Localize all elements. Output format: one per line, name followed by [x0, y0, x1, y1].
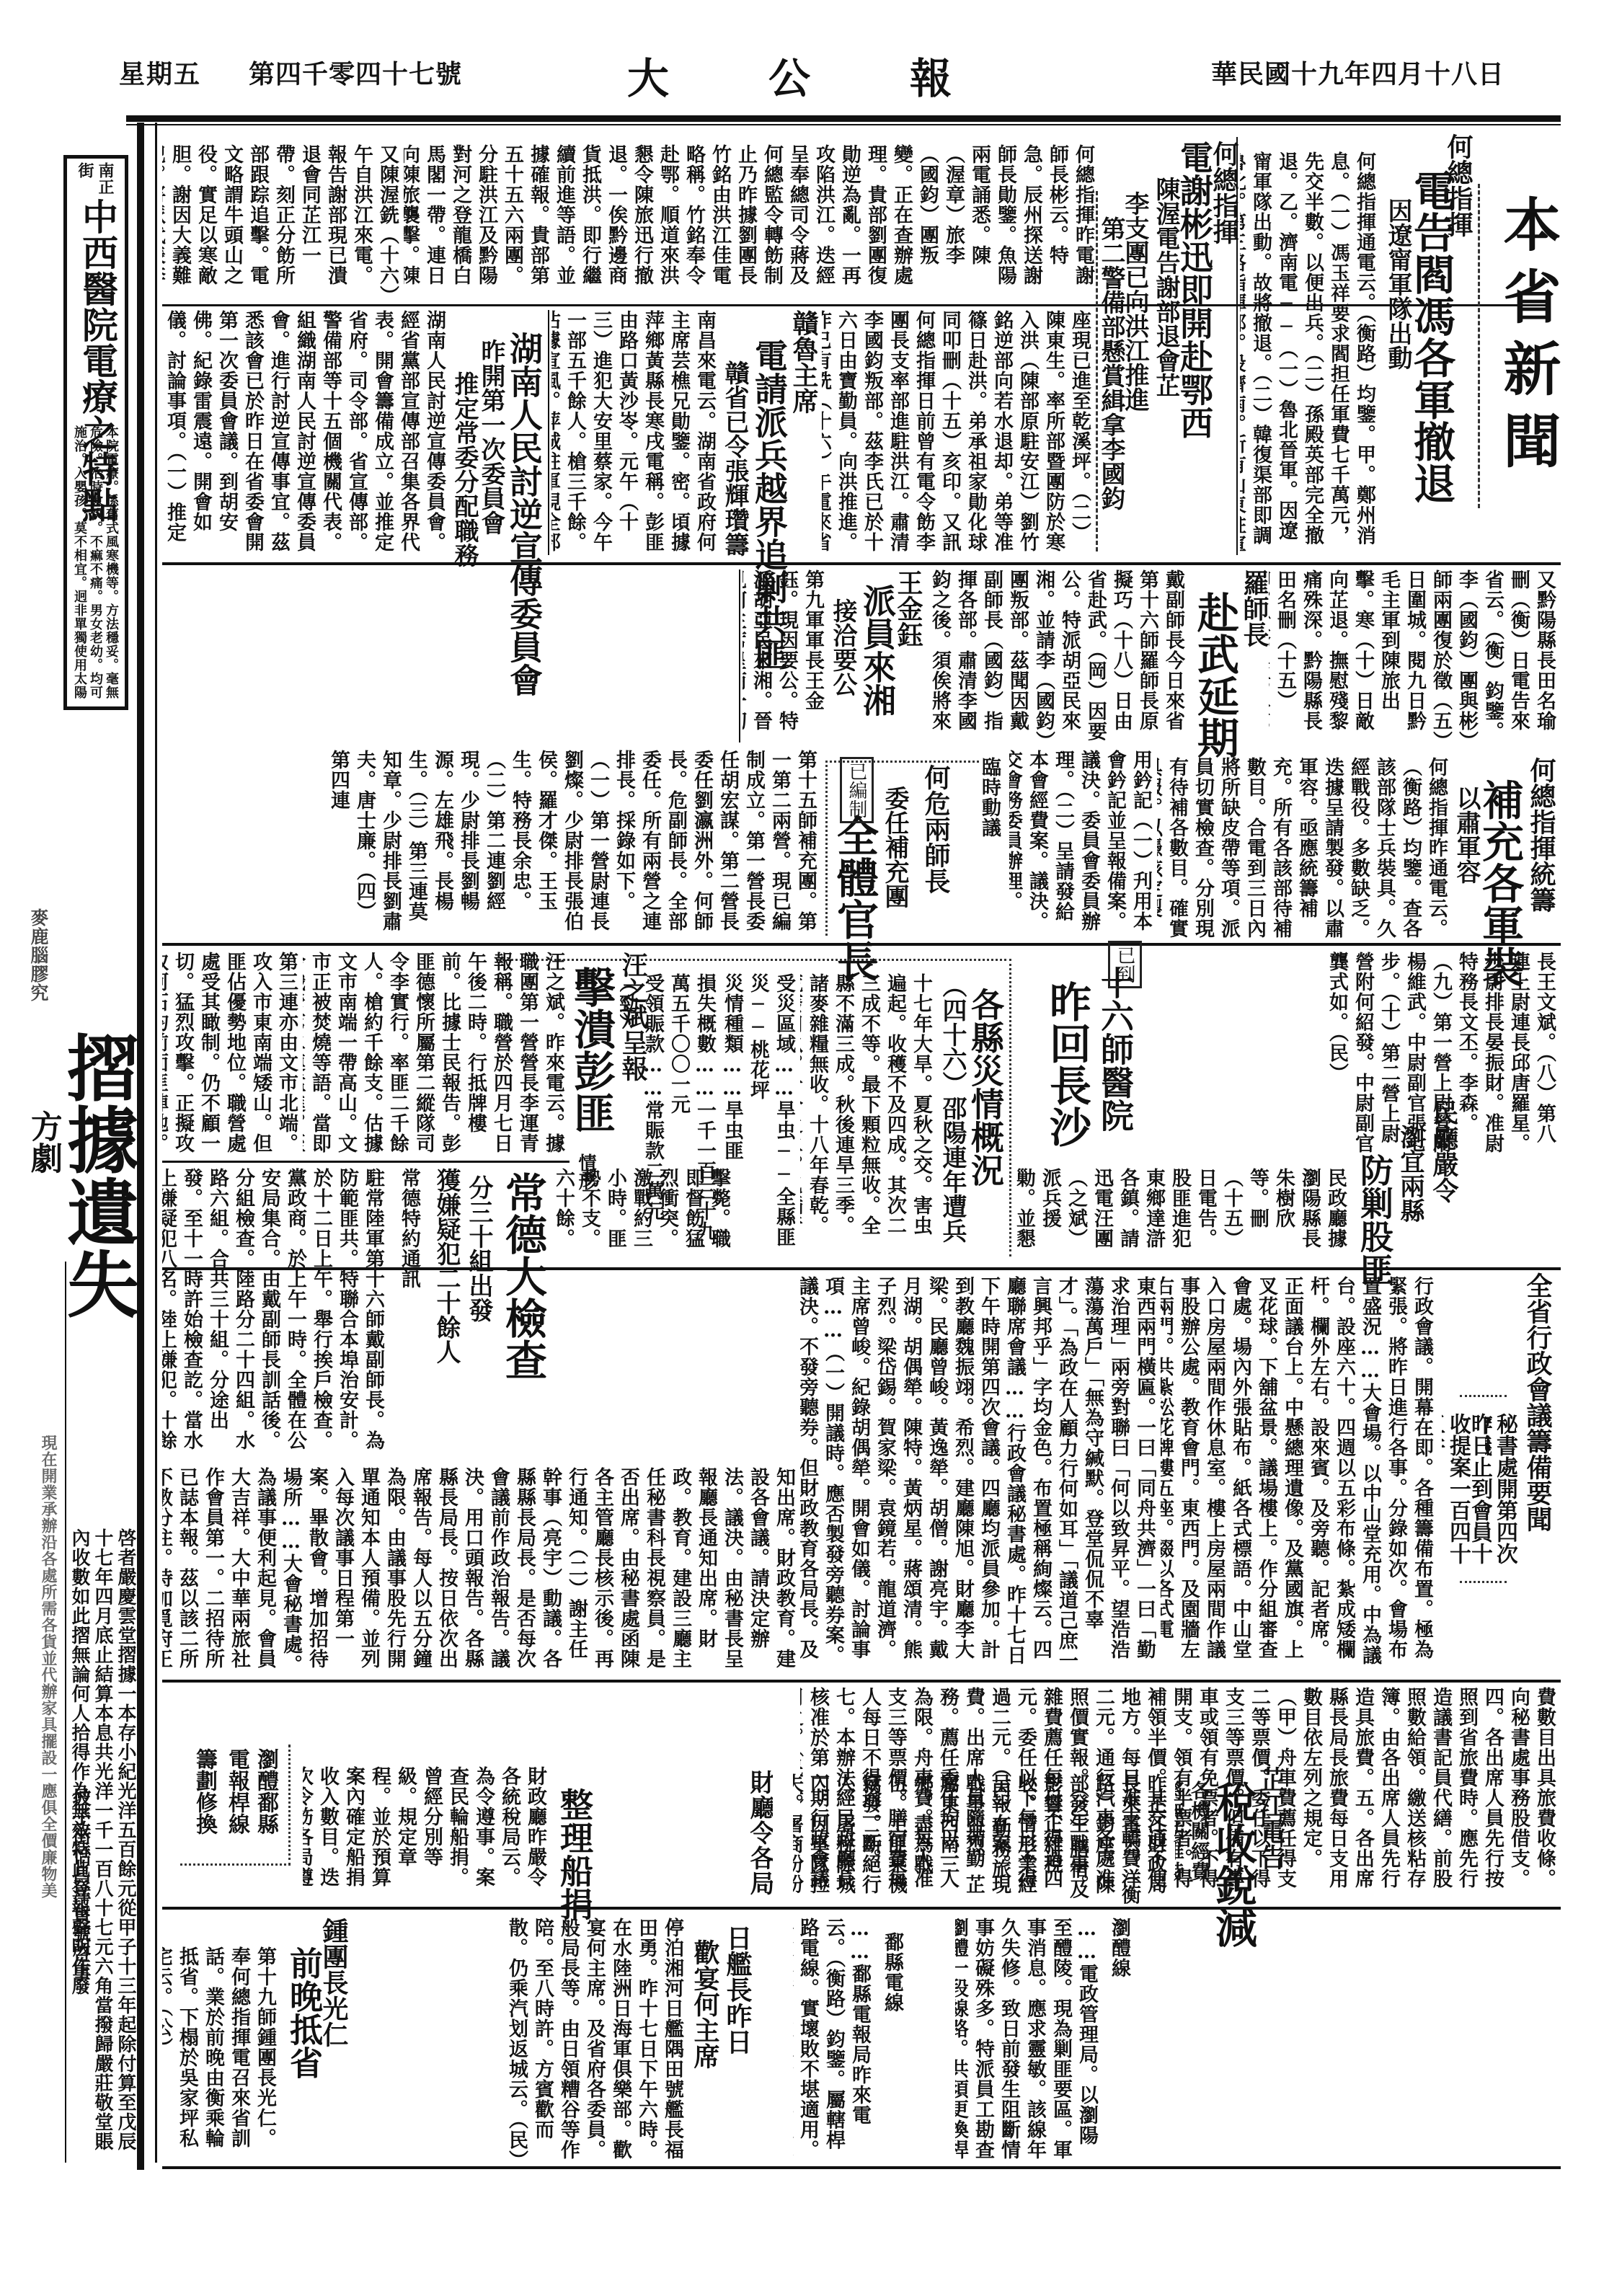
supplies-kicker: 何總指揮統籌 — [1525, 757, 1557, 973]
admin-meeting-body: 行政會議。開幕在即。各種籌備布置。極為緊張。將昨日進行各事。分錄如次。會場布置盛… — [1161, 1276, 1435, 1672]
changde-battle: 擊斃。職即督飭猛烈衝突。激戰約三小時。匪勢不支。六十餘。匪共傷亡百。黃茅孫家坳慈… — [551, 1168, 732, 1265]
telegraph-kicker: 瀏醴線 — [1103, 1918, 1132, 2004]
column-rule — [739, 569, 740, 743]
hunan-committee-sub1: 昨開第一次委員會議 — [476, 339, 506, 555]
inner-divider — [162, 1161, 570, 1163]
telegraph-kicker-2: 鄱縣電線 — [876, 1932, 905, 2033]
changde-box-label: 常德特約通訊 — [393, 1168, 422, 1326]
he-thanks-headline: 電謝彬迅即開赴鄂西 — [1175, 141, 1215, 530]
boat-tax-body: 財政廳昨嚴令各統稅局云。為令遵事。案查民輪船捐。曾經分別等級。規定章程。並於預算… — [303, 1766, 548, 1903]
disaster-body: 十七年大旱。夏秋之交。害虫遍起。收穫不及四成。其次二三成不等。最下顆粒無收。全縣… — [800, 973, 934, 1254]
weekday: 星期五 — [119, 54, 201, 91]
admin-meeting-body-2: 東西兩門橫匾。一曰「同舟共濟」一曰「勤求治理」兩旁對聯曰「何以致昇平。望浩浩蕩蕩… — [800, 1276, 1157, 1672]
admin-meeting-body-3: 知出席。財政教育。建設各會議。請決定辦法。議決。由秘書長呈報廳長通知出席。財政。… — [162, 1467, 797, 1676]
column-rule — [548, 310, 549, 555]
hospital-ad-body: 本院電療。係舊式風寒機等。方法穩妥。毫無危險。治時愈快。不痲不痛。男女老幼。均可… — [72, 425, 119, 699]
lost-notice-title: 摺據遺失 — [58, 1031, 137, 1435]
committee-body: 用鈐記（一）刋用本會鈐記並呈報備案。議決。委員會委員辦理。（二）呈請發給本會經費… — [1009, 750, 1153, 937]
hospital-ad-side: 麥鹿腦膠究 — [22, 908, 50, 1125]
wang-body: 第九軍軍長王金鈺。現因要公。特派胡亞民來湘。晉見何主席呈商一切（士） — [743, 569, 825, 743]
wang-report-headline: 擊潰彭匪 — [570, 966, 616, 1153]
disaster-headline: 各縣災情概況 — [966, 988, 1006, 1262]
tax-kicker: 芷江電告 — [1254, 1766, 1287, 1910]
newspaper-title: 大 公 報 — [627, 45, 980, 105]
he-thanks-body: 何總指揮昨電謝師長彬云。特急。辰州探送謝師長勛鑒。魚陽兩電誦悉。陳（渥章）旅李（… — [404, 144, 1096, 297]
reward-body: 座現已進至乾溪坪。（二）陳東生。率所部暨團防於寒入洪（陳部原駐安江）劉竹銘逆部向… — [822, 310, 1092, 555]
wang-report-kicker: 汪之斌呈報 — [616, 952, 649, 1132]
tax-body: 昨芷江財政局長來電云。（衡路）鈞座。陳部發生戰事。影響正雜稅收。情形業經呈報在案… — [793, 1773, 1168, 1907]
changde-sub1: 分三十組出發 — [461, 1175, 494, 1406]
zhong-body: 第十九師鍾團長光仁。奉何總指揮電召來省訓話。業於前晚由衡乘輪抵省。下榻於吳家坪私… — [162, 1946, 278, 2163]
japan-ship-kicker: 日艦長昨日 — [721, 1925, 753, 2069]
luo-kicker: 羅師長 — [1240, 569, 1270, 656]
lost-notice-side: 方劇 — [22, 1110, 61, 1240]
he-telegram-subhead: 因遼甯軍隊出動 — [1381, 198, 1413, 429]
hunan-committee-body: 湖南人民討逆宣傳委員會。經省黨部宣傳部召集各界代表。開會籌備成立。並推定省府。司… — [162, 310, 447, 559]
left-column-separator-2 — [155, 123, 157, 2163]
sixteenth-body: 長王文斌。（八）第八連上尉連長邱唐羅星。少尉排長晏振財。准尉特務長文丕。李森。（… — [1143, 952, 1557, 1161]
masthead-rule — [126, 115, 1561, 122]
telegraph-body-2: ……鄱縣電報局昨來電云。（衡路）鈞鑒。屬轄桿路電線。實壞敗不堪適用。各種詳情。業… — [793, 1918, 872, 2163]
boat-tax-headline: 整理船捐收入 — [555, 1788, 595, 1932]
disaster-row: 受災區域……旱虫──全縣匪災──桃花坪 — [745, 973, 797, 1254]
admin-meeting-kicker: 全省行政會議籌備要聞 — [1514, 1272, 1554, 1676]
changde-sub2: 獲嫌疑犯二十餘人 — [433, 1168, 461, 1413]
japan-ship-body: 停泊湘河日艦隅田號艦長福田勇。昨十七日下午六時。在水陸洲日海軍俱樂部。歡宴何主席… — [433, 1918, 685, 2163]
sixteenth-tag: 已到 — [1108, 941, 1142, 988]
japan-ship-headline: 歡宴何主席 — [688, 1939, 721, 2083]
section-title-border — [1478, 184, 1480, 508]
liuyang-body: 民政廳據瀏陽縣長朱樹欣等。刪（十五）日電告。股匪進犯東鄉達滸各鎮。請迅電汪團（之… — [1009, 1168, 1348, 1265]
disaster-sub: （四十六）邵陽連年遭兵燹匪患 — [937, 973, 967, 1254]
liuli-line-3: 籌劃修換 — [191, 1748, 220, 1863]
gan-lu-kicker: 贛魯主席 — [787, 310, 820, 454]
he-thanks-sub1: 陳渥電告謝部退會芷 — [1152, 177, 1181, 415]
left-column-separator — [137, 123, 144, 2170]
liuyang-kicker: 民廳嚴令 — [1427, 1099, 1460, 1244]
changde-headline: 常德大檢查 — [497, 1171, 548, 1409]
he-wei-body: 第十五師補充團。第一第二兩營。現已編制成立。第一營長委任胡宏謀。第二營長委任劉瀛… — [162, 750, 818, 937]
supplies-body: 何總指揮昨通電云。（衡路）均鑒。查各該部隊士兵裝具。久經戰役。多數缺乏。迭據呈請… — [1157, 757, 1449, 941]
tax-headline: 稅收銳減 — [1211, 1781, 1258, 1968]
row-divider-5 — [162, 1680, 1561, 1683]
row-divider-6 — [162, 1907, 1561, 1910]
telegraph-body: ……電政管理局。以瀏陽至醴陵。現為剿匪要區。軍事消息。應求靈敏。該線年久失修。致… — [955, 1918, 1099, 2163]
chen-report-body: 又陳渥銑（十六）午自洪江來電。報告謝部現已潰退會同芷江一帶。刻正分飭所部跟踪追擊… — [162, 144, 400, 297]
wang-headline: 派員來湘 — [858, 584, 898, 764]
section-title: 本省新聞 — [1489, 195, 1561, 497]
changde-body: 駐常陸軍第十六師戴副師長。為防範匪共。特聯合本埠治安計。於十二日上午。舉行挨戶檢… — [162, 1168, 386, 1456]
page-bottom-rule — [162, 2166, 1561, 2169]
lost-notice-rule — [65, 1262, 66, 2163]
supplies-subhead: 以肅軍容 — [1453, 786, 1481, 901]
he-thanks-kicker: 何總指揮 — [1211, 141, 1240, 285]
wang-report-body: 汪之斌。昨來電云。據職團第一營營長李運青報稱。職營於四月七日午後二時。行抵牌樓前… — [303, 952, 566, 1153]
liuli-line-2: 電報桿線 — [223, 1748, 252, 1863]
lost-notice-signature: 坡子街怡昌洋貨號啓事 — [68, 1788, 92, 2040]
tax-subhead: 各機關經費將無法維持 — [1175, 1781, 1211, 1889]
pingxiang-body: 第三連亦由文市北端。攻入市東南端矮山。但匪佔優勢地位。職營處處受其瞰制。仍不顧一… — [162, 952, 299, 1161]
lost-notice-faded: 現在開業承辦沿各處所需各貨並代辦家具擺設一應俱全價廉物美 — [22, 1435, 58, 2155]
gan-lu-subhead: 贛省已令張輝瓚籌勦 — [721, 360, 750, 577]
qianyang-body: 又黔陽縣長田名瑜刪（衡）日電告來省云。（衡）鈞鑒。李（國鈞）團與彬）師兩團復於徵… — [1269, 569, 1557, 743]
boat-tax-kicker: 財廳令各局 — [743, 1770, 773, 1914]
hunan-committee-sub2: 推定常委分配職務 — [451, 371, 479, 588]
liuli-line-1: 瀏醴鄱縣 — [252, 1748, 281, 1863]
luo-body: 戴副師長今日來省第十六師羅師長原擬巧（十八）日由省赴武。（岡）因要公。特派胡亞民… — [926, 569, 1186, 743]
reward-headline: 第二警備部懸賞緝拿李國鈞 — [1097, 216, 1126, 519]
admin-box-line-3: 收提案一百四十五件 — [1442, 1413, 1471, 1579]
gan-lu-body: 南昌來電云。湖南省政府何主席芸樵兄勛鑒。密。頃據萍鄉黃縣長寒戌電稱。彭匪由路口黃… — [551, 310, 717, 559]
wang-kicker: 王金鈺 — [894, 569, 924, 656]
wang-subhead: 接洽要公 — [829, 598, 858, 743]
zhong-headline: 前晚抵省 — [285, 1946, 324, 2148]
masthead-rule-thin — [126, 124, 1561, 125]
row-divider-2 — [162, 562, 1561, 565]
publication-date: 華民國十九年四月十八日 — [1211, 54, 1504, 91]
issue-number: 第四千零四十七號 — [249, 54, 462, 91]
disaster-table: 受災區域……旱虫──全縣匪災──桃花坪 災情種類……旱虫匪 災民人類……四十九萬… — [721, 973, 797, 1254]
he-telegram-body: 何總指揮通電云。（衡路）均鑒。甲。鄭州消息。（一）馮玉祥要求閻担任軍費七千萬元，… — [1240, 151, 1377, 555]
he-telegram-headline: 電告閻馮各軍撤退 — [1406, 169, 1456, 544]
he-wei-frame — [825, 761, 979, 936]
hunan-committee-headline: 湖南人民討逆宣傳委員會 — [505, 332, 544, 706]
